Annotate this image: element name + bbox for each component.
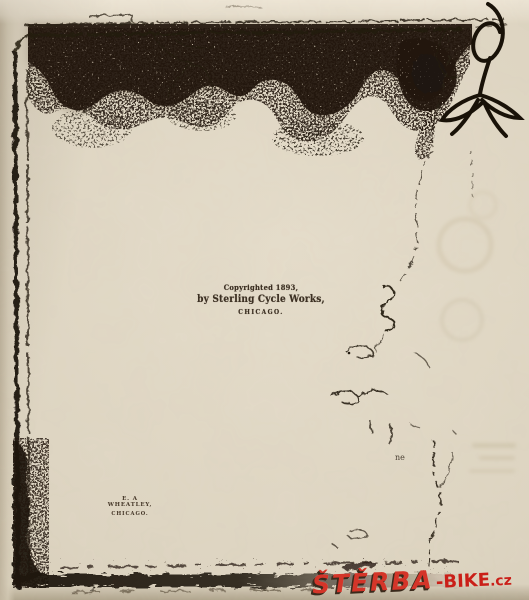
photo-of-catalog-page: Copyrighted 1893, by Sterling Cycle Work… [0,0,529,600]
copyright-line-2: by Sterling Cycle Works, [171,294,351,305]
printer-line-1: E. A WHEATLEY, [100,496,161,508]
watermark-suffix: -BIKE [435,570,490,593]
copyright-line-3: CHICAGO. [171,308,351,316]
copyright-line-1: Copyrighted 1893, [171,283,351,292]
copyright-block: Copyrighted 1893, by Sterling Cycle Work… [171,283,351,316]
watermark-tld: .cz [490,573,512,590]
watermark-brand: ŠTĚRBA [311,565,434,599]
printer-line-2: CHICAGO. [100,511,161,517]
printer-imprint-block: E. A WHEATLEY, CHICAGO. [100,496,161,517]
bleed-text-fragment: ne [395,453,405,462]
